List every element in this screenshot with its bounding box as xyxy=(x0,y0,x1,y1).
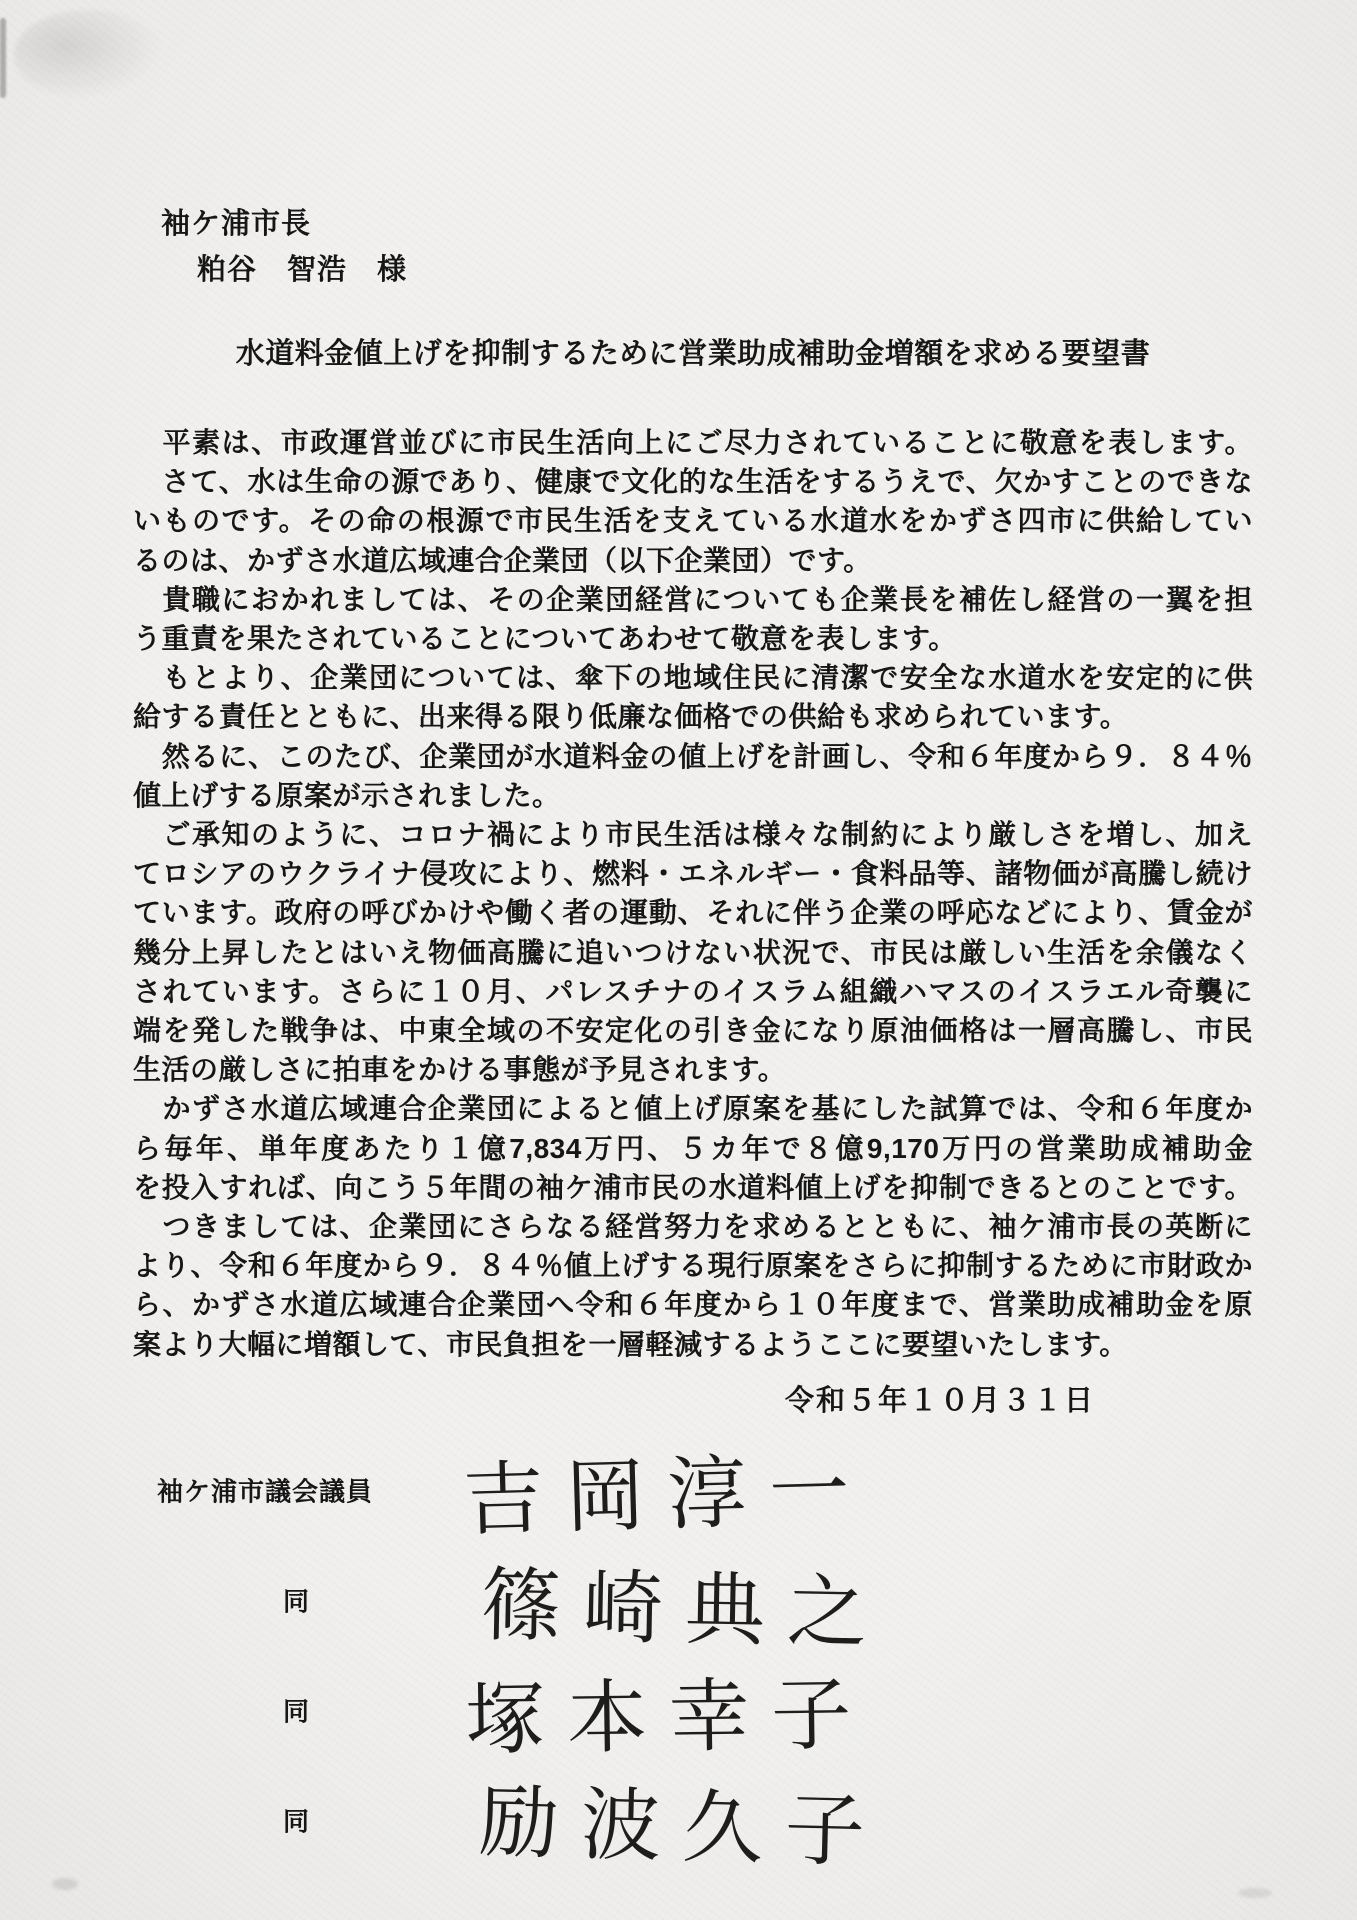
signature-row: 同塚本幸子 xyxy=(133,1655,1253,1765)
scan-speck-artifact xyxy=(52,1878,78,1890)
body-line: より、令和６年度から９．８４％値上げする現行原案をさらに抑制するために市財政か xyxy=(133,1246,1253,1285)
document-title: 水道料金値上げを抑制するために営業助成補助金増額を求める要望書 xyxy=(133,335,1253,373)
body-line: るのは、かずさ水道広域連合企業団（以下企業団）です。 xyxy=(133,541,1253,580)
scan-speck-artifact xyxy=(1238,1888,1272,1898)
body-line: ら毎年、単年度あたり１億7,834万円、５カ年で８億9,170万円の営業助成補助… xyxy=(133,1129,1253,1168)
signature-row: 同篠崎典之 xyxy=(133,1545,1253,1655)
body-line: 給する責任とともに、出来得る限り低廉な価格での供給も求められています。 xyxy=(133,697,1253,736)
signature-block: 袖ケ浦市議会議員吉岡淳一同篠崎典之同塚本幸子同励波久子 xyxy=(133,1435,1253,1875)
signatory-role-label: 同 xyxy=(283,1581,310,1618)
signature-row: 袖ケ浦市議会議員吉岡淳一 xyxy=(133,1435,1253,1545)
body-line: を投入すれば、向こう５年間の袖ケ浦市民の水道料値上げを抑制できるとのことです。 xyxy=(133,1168,1253,1207)
signature-row: 同励波久子 xyxy=(133,1765,1253,1875)
body-line: 値上げする原案が示されました。 xyxy=(133,776,1253,815)
scan-edge-artifact xyxy=(0,18,6,98)
recipient-title: 袖ケ浦市長 xyxy=(133,205,1253,243)
handwritten-signature: 塚本幸子 xyxy=(464,1650,874,1771)
scanned-letter-page: 袖ケ浦市長 粕谷 智浩 様 水道料金値上げを抑制するために営業助成補助金増額を求… xyxy=(0,0,1357,1920)
body-line: ています。政府の呼びかけや働く者の運動、それに伴う企業の呼応などにより、賃金が xyxy=(133,893,1253,932)
body-line: さて、水は生命の源であり、健康で文化的な生活をするうえで、欠かすことのできな xyxy=(133,462,1253,501)
body-line: 然るに、このたび、企業団が水道料金の値上げを計画し、令和６年度から９．８４％ xyxy=(133,737,1253,776)
handwritten-signature: 篠崎典之 xyxy=(480,1541,890,1664)
body-text: 平素は、市政運営並びに市民生活向上にご尽力されていることに敬意を表します。 さて… xyxy=(133,423,1253,1364)
date-line: 令和５年１０月３１日 xyxy=(133,1382,1253,1421)
body-line: 幾分上昇したとはいえ物価高騰に追いつけない状況で、市民は厳しい生活を余儀なく xyxy=(133,933,1253,972)
body-line: 平素は、市政運営並びに市民生活向上にご尽力されていることに敬意を表します。 xyxy=(133,423,1253,462)
body-line: 生活の厳しさに拍車をかける事態が予見されます。 xyxy=(133,1050,1253,1089)
letter-content: 袖ケ浦市長 粕谷 智浩 様 水道料金値上げを抑制するために営業助成補助金増額を求… xyxy=(133,205,1253,1875)
body-line: つきましては、企業団にさらなる経営努力を求めるとともに、袖ケ浦市長の英断に xyxy=(133,1207,1253,1246)
recipient-name: 粕谷 智浩 様 xyxy=(133,251,1253,289)
body-line: 案より大幅に増額して、市民負担を一層軽減するようここに要望いたします。 xyxy=(133,1325,1253,1364)
handwritten-signature: 励波久子 xyxy=(478,1757,889,1882)
body-line: てロシアのウクライナ侵攻により、燃料・エネルギー・食料品等、諸物価が高騰し続け xyxy=(133,854,1253,893)
scan-smudge-artifact xyxy=(14,10,164,100)
body-line: ら、かずさ水道広域連合企業団へ令和６年度から１０年度まで、営業助成補助金を原 xyxy=(133,1285,1253,1324)
signatory-role-label: 同 xyxy=(283,1801,310,1838)
signatory-role-label: 同 xyxy=(283,1691,310,1728)
body-line: ご承知のように、コロナ禍により市民生活は様々な制約により厳しさを増し、加え xyxy=(133,815,1253,854)
signatory-role-label: 袖ケ浦市議会議員 xyxy=(157,1471,373,1508)
body-line: されています。さらに１０月、パレスチナのイスラム組織ハマスのイスラエル奇襲に xyxy=(133,972,1253,1011)
body-line: もとより、企業団については、傘下の地域住民に清潔で安全な水道水を安定的に供 xyxy=(133,658,1253,697)
body-line: いものです。その命の根源で市民生活を支えている水道水をかずさ四市に供給してい xyxy=(133,501,1253,540)
body-line: 端を発した戦争は、中東全域の不安定化の引き金になり原油価格は一層高騰し、市民 xyxy=(133,1011,1253,1050)
handwritten-signature: 吉岡淳一 xyxy=(461,1424,872,1550)
body-line: 貴職におかれましては、その企業団経営についても企業長を補佐し経営の一翼を担 xyxy=(133,580,1253,619)
body-line: かずさ水道広域連合企業団によると値上げ原案を基にした試算では、令和６年度か xyxy=(133,1089,1253,1128)
body-line: う重責を果たされていることについてあわせて敬意を表します。 xyxy=(133,619,1253,658)
